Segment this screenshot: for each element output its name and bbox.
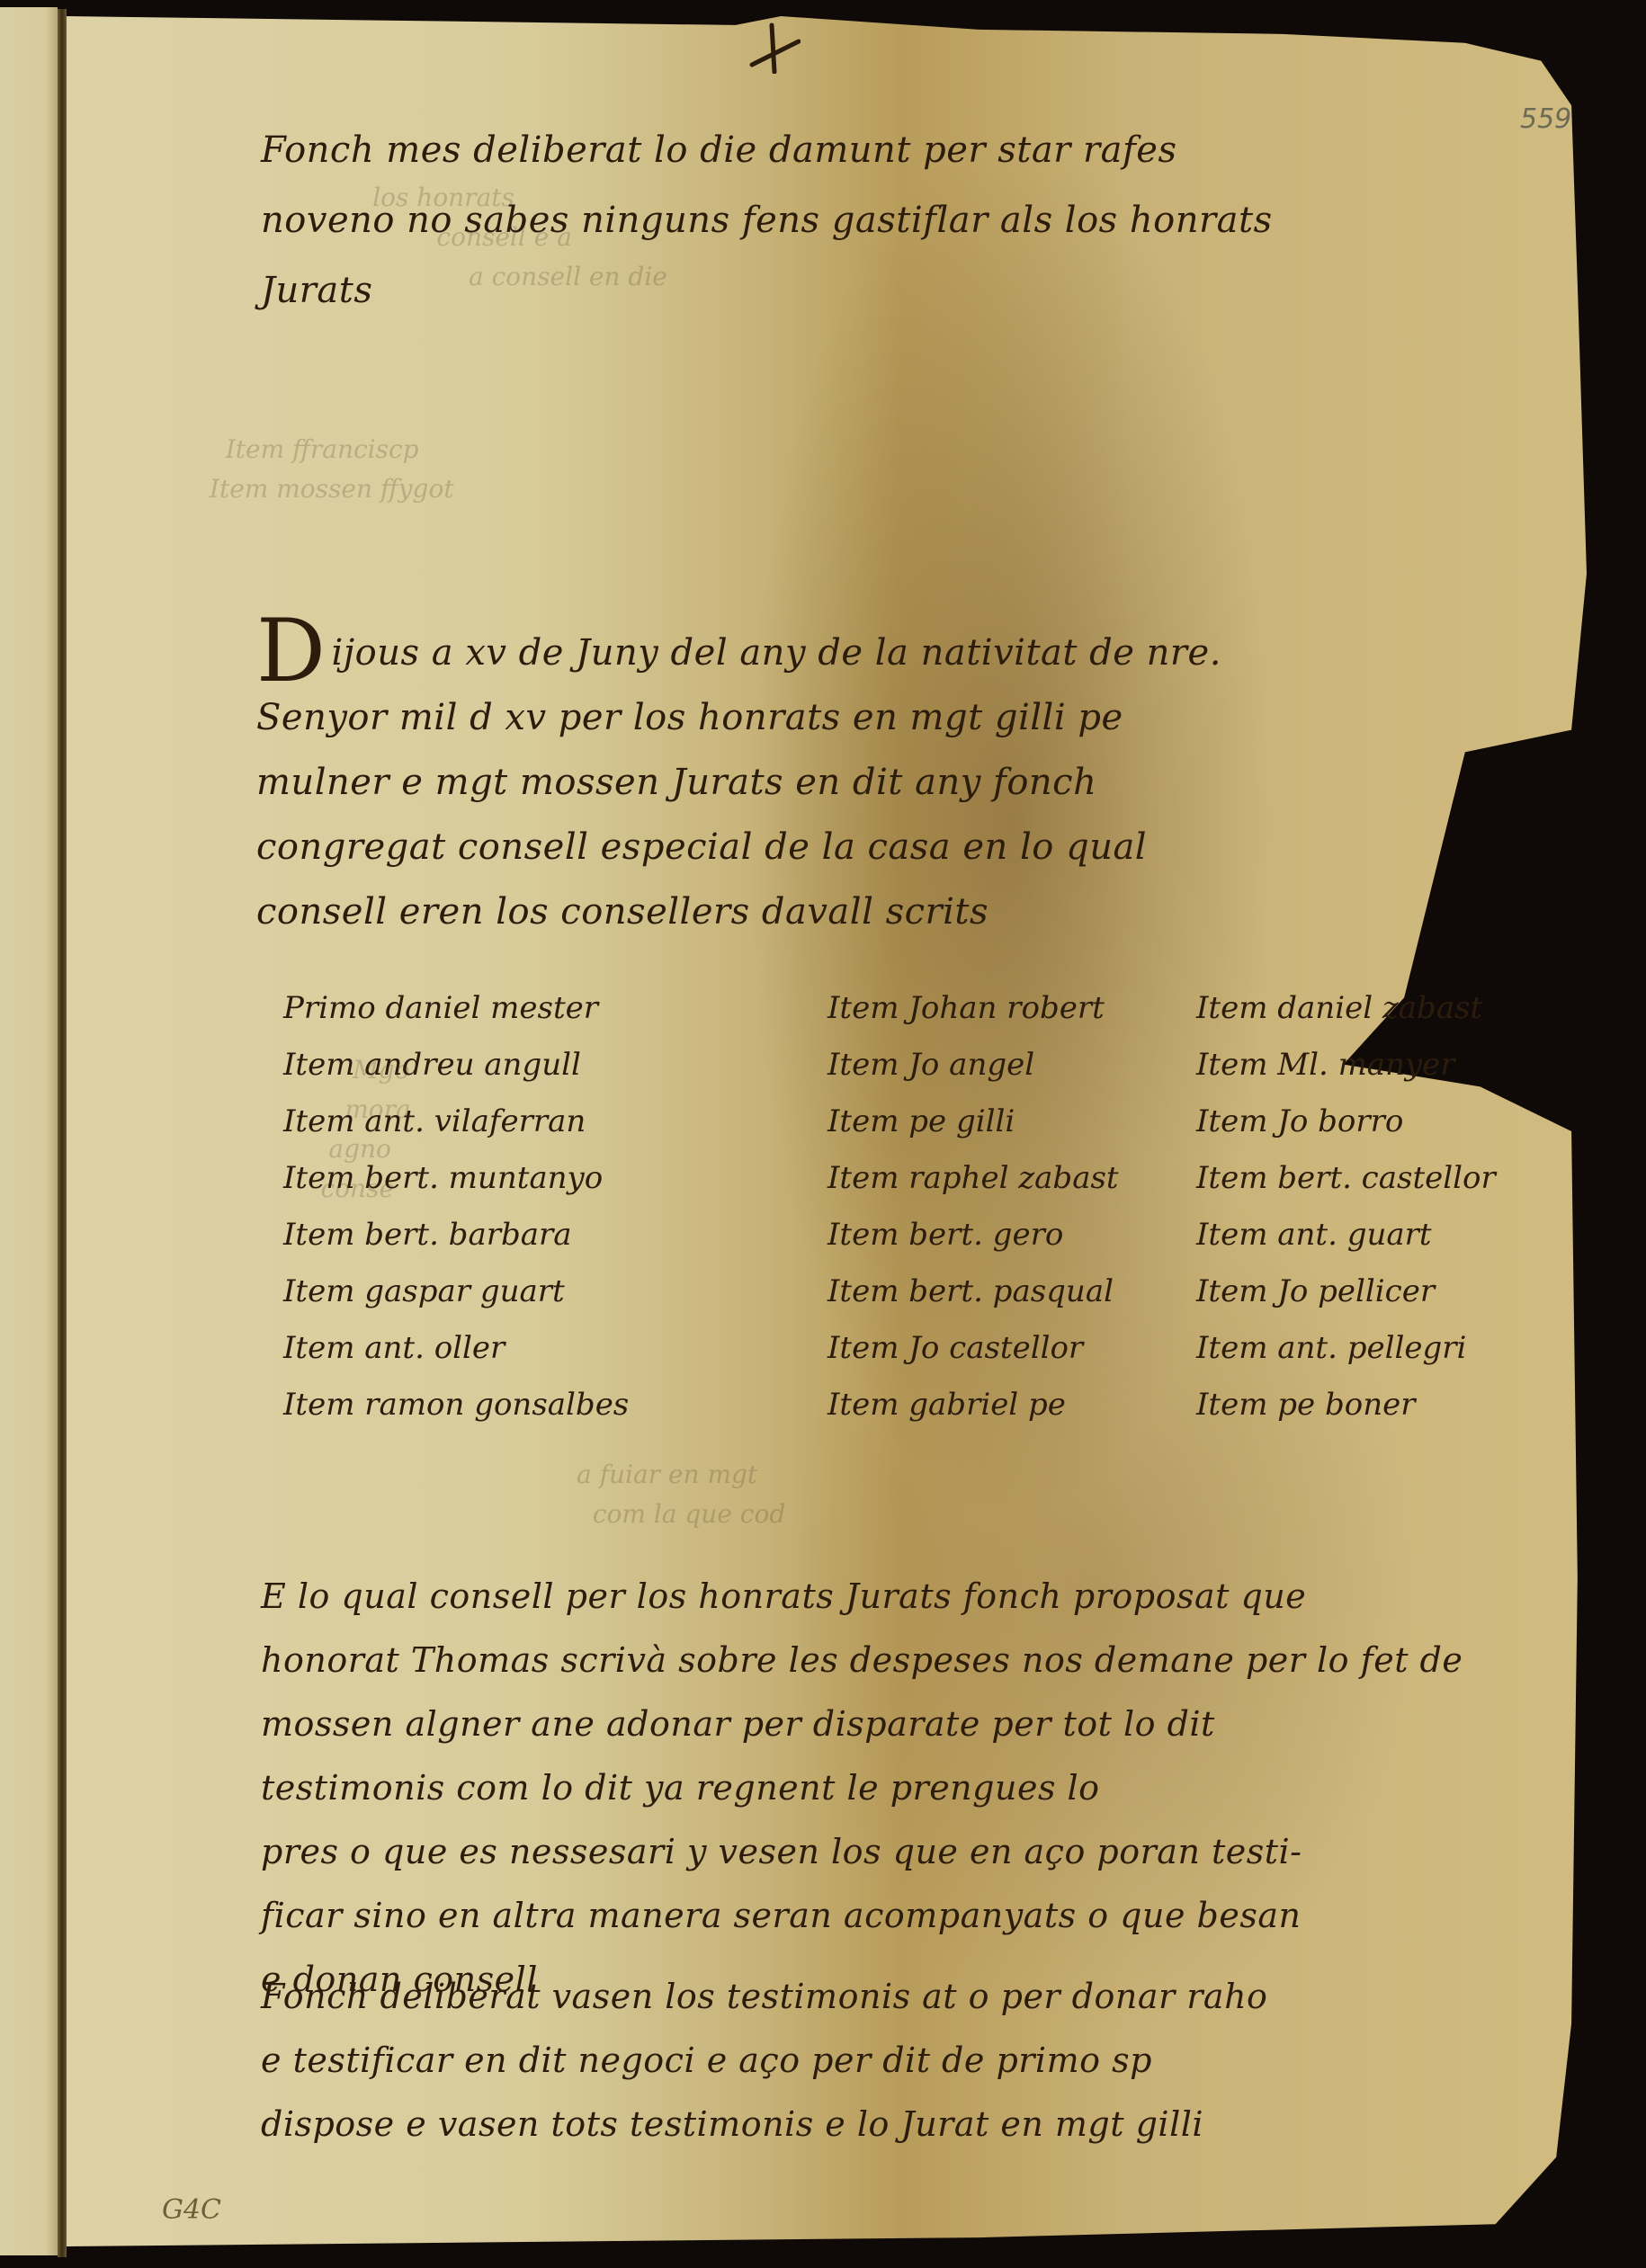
text-line: mossen algner ane adonar per disparate p… [261,1692,1463,1756]
text-line: mulner e mgt mossen Jurats en dit any fo… [256,750,1221,815]
text-line: congregat consell especial de la casa en… [256,815,1221,880]
bleed-through-text: a fuiar en mgt com la que cod [336,1455,785,1534]
councillor-name: Item ant. guart [1196,1207,1496,1263]
facing-page-edge [0,7,58,2255]
councillor-list-column-3: Item daniel zabast Item Ml. manyer Item … [1196,980,1496,1433]
text-line: Fonch deliberat vasen los testimonis at … [261,1965,1267,2029]
councillor-name: Item gaspar guart [283,1263,629,1320]
text-line: ficar sino en altra manera seran acompan… [261,1884,1463,1948]
councillor-name: Item bert. gero [827,1207,1119,1263]
councillor-name: Item andreu angull [283,1037,629,1094]
text-line: Senyor mil d xv per los honrats en mgt g… [256,685,1221,750]
councillor-list-column-1: Primo daniel mester Item andreu angull I… [283,980,629,1433]
councillor-name: Item Jo pellicer [1196,1263,1496,1320]
councillor-name: Item Jo borro [1196,1094,1496,1150]
councillor-name: Item ramon gonsalbes [283,1377,629,1433]
text-line: honorat Thomas scrivà sobre les despeses… [261,1629,1463,1692]
councillor-name: Item Jo castellor [827,1320,1119,1377]
councillor-name: Item bert. castellor [1196,1150,1496,1207]
councillor-name: Primo daniel mester [283,980,629,1037]
text-line: E lo qual consell per los honrats Jurats… [261,1565,1463,1629]
councillor-name: Item Johan robert [827,980,1119,1037]
pencil-shelf-note: G4C [162,2194,221,2226]
councillor-name: Item bert. barbara [283,1207,629,1263]
councillor-name: Item ant. vilaferran [283,1094,629,1150]
folio-number: 559 [1520,103,1571,135]
councillor-name: Item ant. oller [283,1320,629,1377]
councillor-name: Item pe gilli [827,1094,1119,1150]
councillor-list-column-2: Item Johan robert Item Jo angel Item pe … [827,980,1119,1433]
paragraph-proposal: E lo qual consell per los honrats Jurats… [261,1565,1463,2012]
text-line: dispose e vasen tots testimonis e lo Jur… [261,2093,1267,2156]
text-line: Dijous a xv de Juny del any de la nativi… [256,621,1221,685]
text-line: noveno no sabes ninguns fens gastiflar a… [261,185,1273,255]
councillor-name: Item Jo angel [827,1037,1119,1094]
text-line: testimonis com lo dit ya regnent le pren… [261,1756,1463,1820]
text-line: pres o que es nessesari y vesen los que … [261,1820,1463,1884]
councillor-name: Item bert. muntanyo [283,1150,629,1207]
councillor-name: Item gabriel pe [827,1377,1119,1433]
text-line: Jurats [261,255,1273,326]
councillor-name: Item daniel zabast [1196,980,1496,1037]
bleed-through-text: Item ffranciscp Item mossen ffygot [201,430,454,509]
paragraph-resolution: Fonch deliberat vasen los testimonis at … [261,1965,1267,2156]
councillor-name: Item ant. pellegri [1196,1320,1496,1377]
paragraph-session-record: Dijous a xv de Juny del any de la nativi… [256,621,1221,944]
councillor-name: Item Ml. manyer [1196,1037,1496,1094]
book-gutter [58,9,67,2257]
cross-mark-icon [747,20,801,74]
text-line: Fonch mes deliberat lo die damunt per st… [261,115,1273,185]
councillor-name: Item raphel zabast [827,1150,1119,1207]
councillor-name: Item pe boner [1196,1377,1496,1433]
councillor-name: Item bert. pasqual [827,1263,1119,1320]
text-line: e testificar en dit negoci e aço per dit… [261,2029,1267,2093]
paragraph-opening: Fonch mes deliberat lo die damunt per st… [261,115,1273,326]
text-line: consell eren los consellers davall scrit… [256,880,1221,944]
